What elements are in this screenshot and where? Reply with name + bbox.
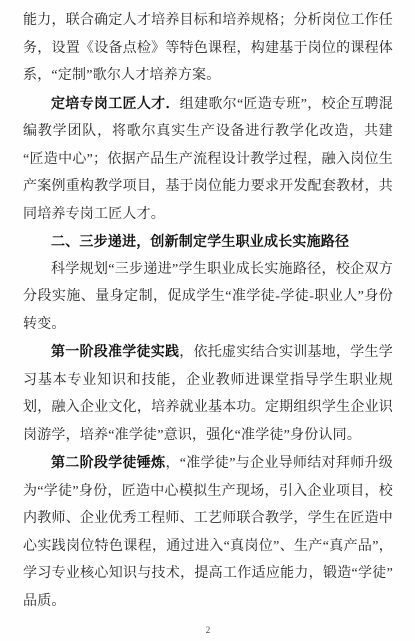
paragraph-stage2: 第二阶段学徒锤炼，“准学徒”与企业导师结对拜师升级为“学徒”身份，匠造中心模拟生…: [23, 449, 393, 615]
document-page: 能力，联合确定人才培养目标和培养规格；分析岗位工作任务，设置《设备点检》等特色课…: [0, 0, 415, 641]
paragraph-continuation: 能力，联合确定人才培养目标和培养规格；分析岗位工作任务，设置《设备点检》等特色课…: [23, 7, 393, 90]
paragraph-stage1: 第一阶段准学徒实践，依托虚实结合实训基地，学生学习基本专业知识和技能，企业教师进…: [23, 338, 393, 449]
paragraph-stage1-text: ，依托虚实结合实训基地，学生学习基本专业知识和技能，企业教师进课堂指导学生职业规…: [23, 345, 393, 443]
paragraph-dingpei-text: 组建歌尔“匠造专班”，校企互聘混编教学团队，将歌尔真实生产设备进行教学化改造，共…: [23, 97, 393, 222]
page-number: 2: [23, 624, 393, 636]
paragraph-stage2-text: ，“准学徒”与企业导师结对拜师升级为“学徒”身份，匠造中心模拟生产现场，引入企业…: [23, 456, 393, 609]
paragraph-kexue: 科学规划“三步递进”学生职业成长实施路径，校企双方分段实施、量身定制，促成学生“…: [23, 256, 393, 339]
paragraph-dingpei: 定培专岗工匠人才．组建歌尔“匠造专班”，校企互聘混编教学团队，将歌尔真实生产设备…: [23, 90, 393, 229]
paragraph-dingpei-lead: 定培专岗工匠人才．: [51, 95, 180, 111]
paragraph-stage2-lead: 第二阶段学徒锤炼: [51, 454, 165, 470]
section-heading: 二、三步递进，创新制定学生职业成长实施路径: [23, 228, 393, 256]
paragraph-stage1-lead: 第一阶段准学徒实践: [51, 343, 179, 359]
